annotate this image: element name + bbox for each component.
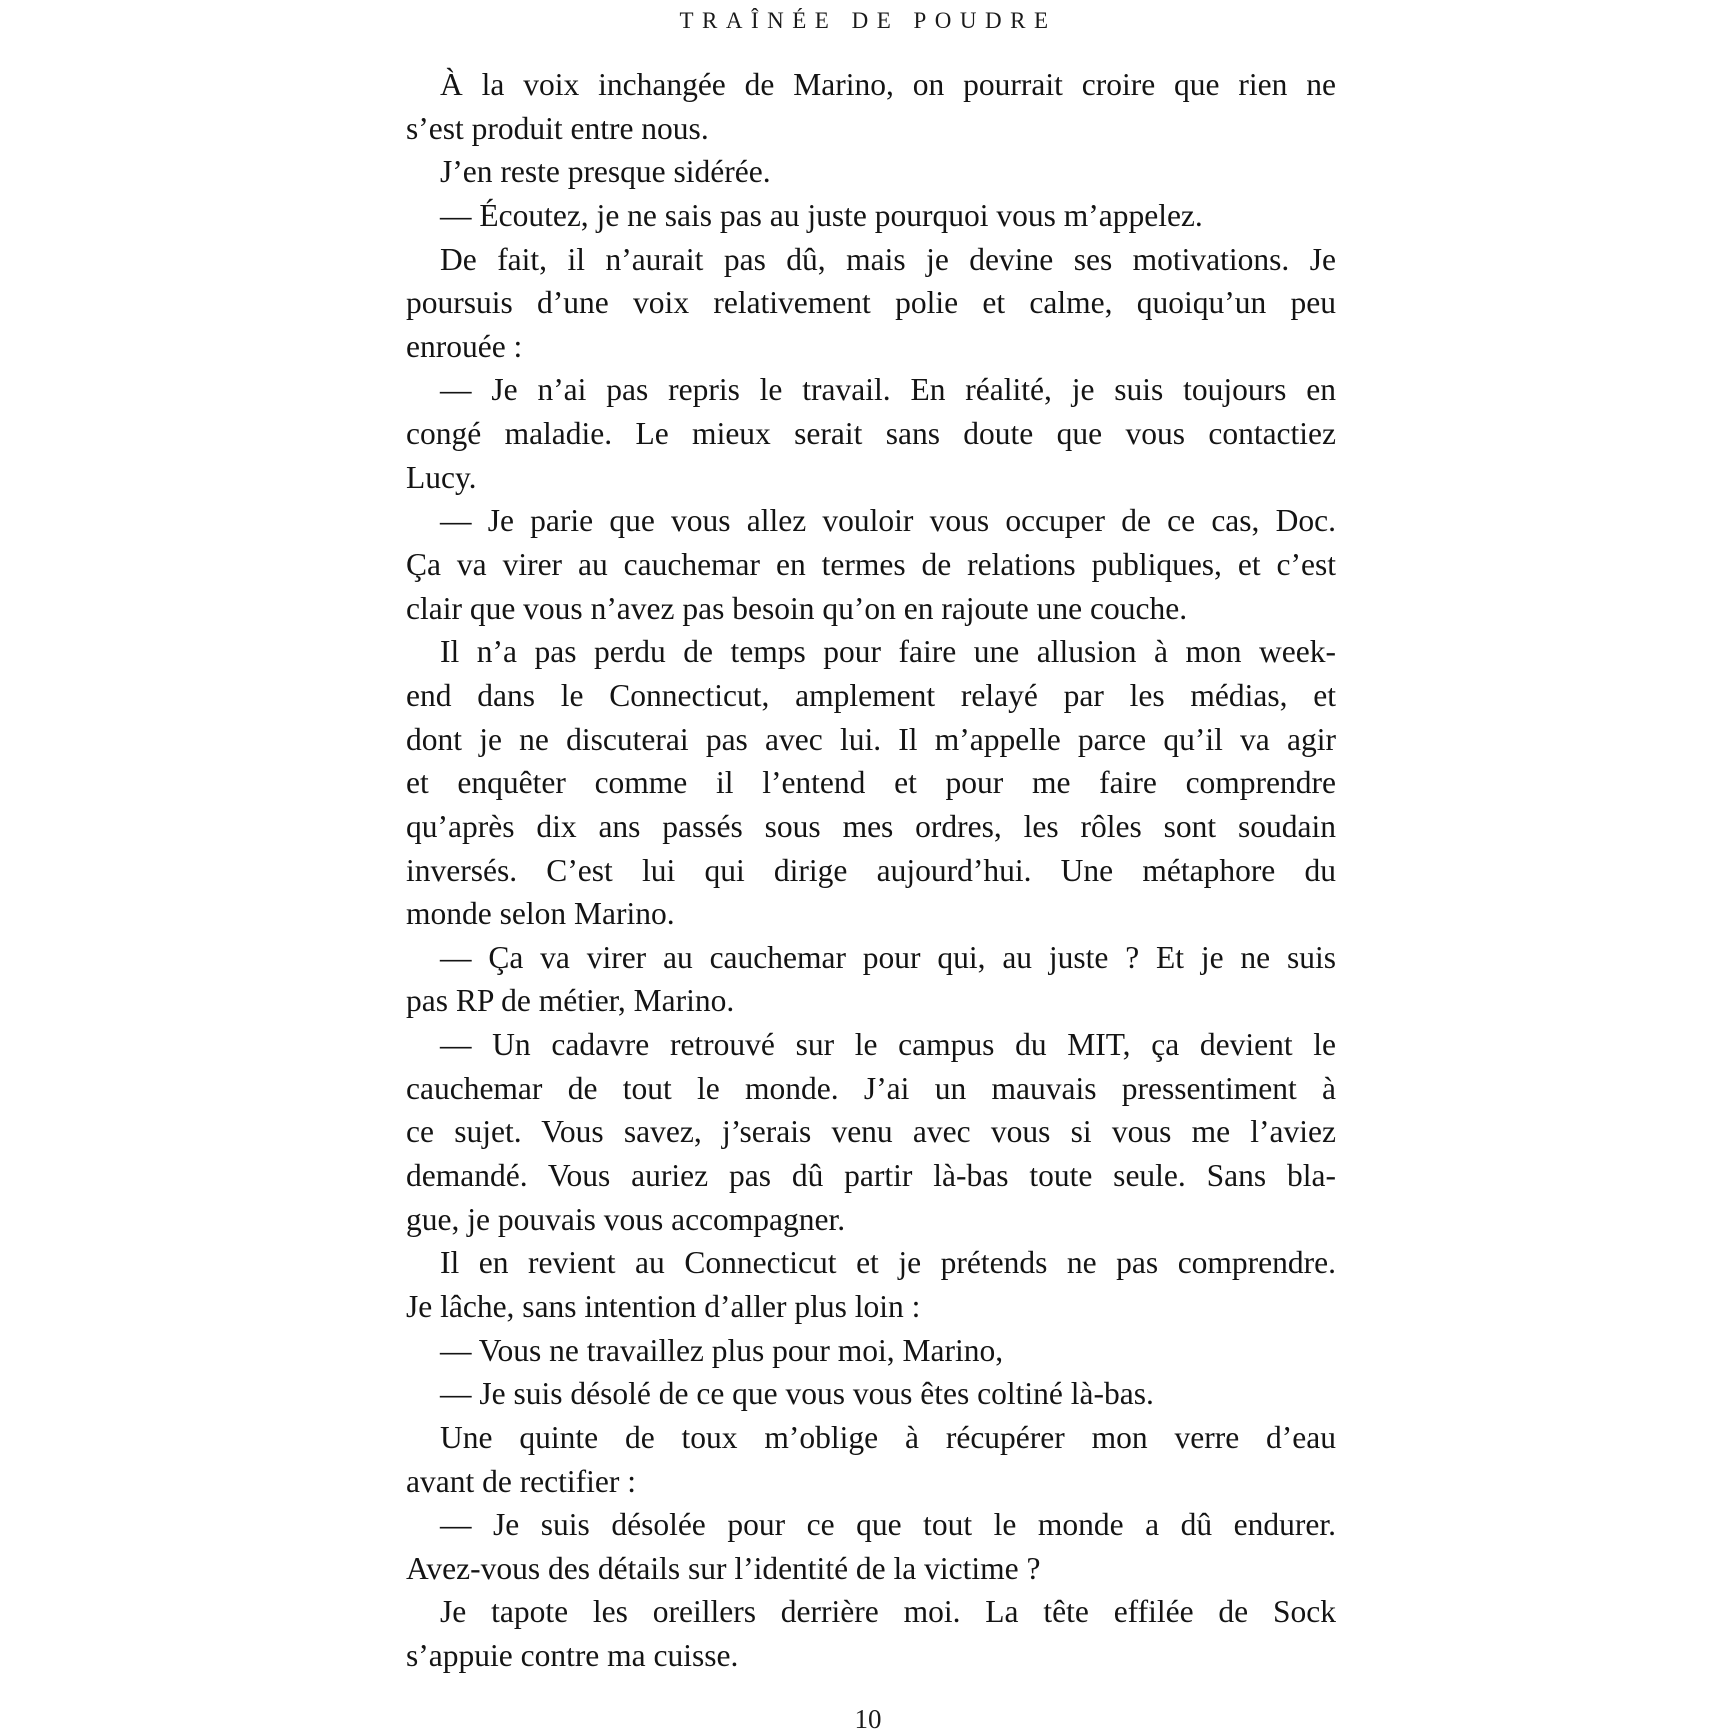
text-line: — Je suis désolé de ce que vous vous ête…: [406, 1372, 1336, 1416]
text-line: inversés. C’est lui qui dirige aujourd’h…: [406, 849, 1336, 893]
text-line: — Ça va virer au cauchemar pour qui, au …: [406, 936, 1336, 980]
text-line: — Je suis désolée pour ce que tout le mo…: [406, 1503, 1336, 1547]
text-line: dont je ne discuterai pas avec lui. Il m…: [406, 718, 1336, 762]
text-line: pas RP de métier, Marino.: [406, 979, 1336, 1023]
text-line: Je tapote les oreillers derrière moi. La…: [406, 1590, 1336, 1634]
text-line: Il en revient au Connecticut et je préte…: [406, 1241, 1336, 1285]
text-line: Lucy.: [406, 456, 1336, 500]
text-line: Je lâche, sans intention d’aller plus lo…: [406, 1285, 1336, 1329]
text-line: Ça va virer au cauchemar en termes de re…: [406, 543, 1336, 587]
text-line: — Un cadavre retrouvé sur le campus du M…: [406, 1023, 1336, 1067]
text-line: — Vous ne travaillez plus pour moi, Mari…: [406, 1329, 1336, 1373]
text-line: À la voix inchangée de Marino, on pourra…: [406, 63, 1336, 107]
text-line: — Écoutez, je ne sais pas au juste pourq…: [406, 194, 1336, 238]
running-head: TRAÎNÉE DE POUDRE: [0, 6, 1736, 36]
text-line: avant de rectifier :: [406, 1460, 1336, 1504]
text-line: Une quinte de toux m’oblige à récupérer …: [406, 1416, 1336, 1460]
body-text: À la voix inchangée de Marino, on pourra…: [406, 63, 1336, 1678]
text-line: J’en reste presque sidérée.: [406, 150, 1336, 194]
text-line: enrouée :: [406, 325, 1336, 369]
text-line: end dans le Connecticut, amplement relay…: [406, 674, 1336, 718]
text-line: congé maladie. Le mieux serait sans dout…: [406, 412, 1336, 456]
text-line: qu’après dix ans passés sous mes ordres,…: [406, 805, 1336, 849]
text-line: s’appuie contre ma cuisse.: [406, 1634, 1336, 1678]
text-line: Avez-vous des détails sur l’identité de …: [406, 1547, 1336, 1591]
text-line: gue, je pouvais vous accompagner.: [406, 1198, 1336, 1242]
text-line: demandé. Vous auriez pas dû partir là-ba…: [406, 1154, 1336, 1198]
text-line: — Je n’ai pas repris le travail. En réal…: [406, 368, 1336, 412]
text-line: Il n’a pas perdu de temps pour faire une…: [406, 630, 1336, 674]
page-number: 10: [0, 1703, 1736, 1736]
text-line: s’est produit entre nous.: [406, 107, 1336, 151]
text-line: — Je parie que vous allez vouloir vous o…: [406, 499, 1336, 543]
text-line: et enquêter comme il l’entend et pour me…: [406, 761, 1336, 805]
text-line: cauchemar de tout le monde. J’ai un mauv…: [406, 1067, 1336, 1111]
text-line: De fait, il n’aurait pas dû, mais je dev…: [406, 238, 1336, 282]
text-line: monde selon Marino.: [406, 892, 1336, 936]
text-line: clair que vous n’avez pas besoin qu’on e…: [406, 587, 1336, 631]
text-line: ce sujet. Vous savez, j’serais venu avec…: [406, 1110, 1336, 1154]
text-line: poursuis d’une voix relativement polie e…: [406, 281, 1336, 325]
